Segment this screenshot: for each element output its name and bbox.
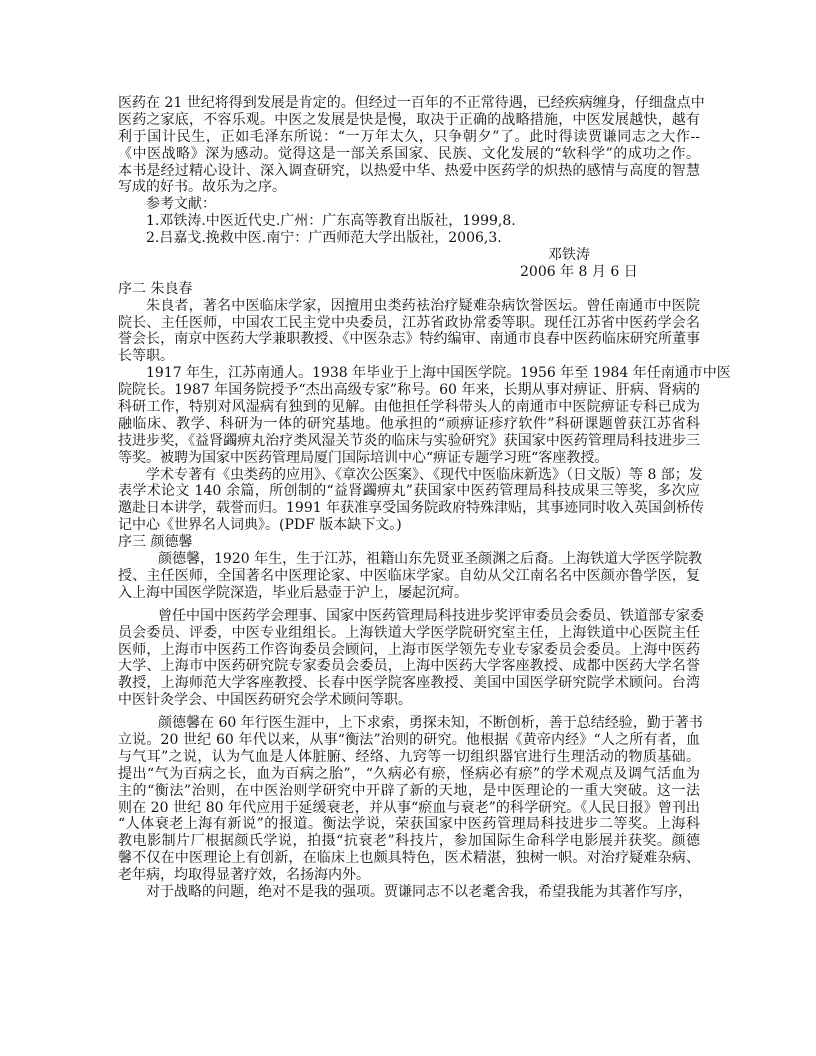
text-line: 誉会长，南京中医药大学兼职教授、《中医杂志》特约编审、南通市良春中医药临床研究所… <box>118 331 700 348</box>
text-line: 主的“衡法”治则，在中医治则学研究中开辟了新的天地，是中医理论的一重大突破。这一… <box>118 783 700 800</box>
document-body: 医药在 21 世纪将得到发展是肯定的。但经过一百年的不正常待遇，已经疾病缠身，仔… <box>118 95 700 901</box>
text-line: 入上海中国医学院深造，毕业后悬壶于沪上，屡起沉疴。 <box>118 585 700 602</box>
references-title: 参考文献： <box>118 196 700 213</box>
reference-item: 2.吕嘉戈.挽救中医.南宁：广西师范大学出版社，2006,3. <box>118 230 700 247</box>
text-line: 院长、主任医师，中国农工民主党中央委员，江苏省政协常委等职。现任江苏省中医药学会… <box>118 315 700 332</box>
section-heading-preface2: 序二 朱良春 <box>118 281 700 298</box>
text-line: 本书是经过精心设计、深入调查研究，以热爱中华、热爱中医药学的炽热的感情与高度的智… <box>118 163 700 180</box>
text-line: 医药之家底，不容乐观。中医之发展是快是慢，取决于正确的战略措施，中医发展越快，越… <box>118 112 700 129</box>
paragraph: 颜德馨，1920 年生，生于江苏，祖籍山东先贤亚圣颜渊之后裔。上海铁道大学医学院… <box>118 551 700 602</box>
text-line: 教授，上海师范大学客座教授、长春中医学院客座教授、美国中国医学研究院学术顾问。台… <box>118 675 700 692</box>
text-line: 教电影制片厂根据颜氏学说，拍摄“抗衰老”科技片，参加国际生命科学电影展并获奖。颜… <box>118 833 700 850</box>
text-line: 1917 年生，江苏南通人。1938 年毕业于上海中国医学院。1956 年至 1… <box>118 365 700 382</box>
text-line: 老年病，均取得显著疗效，名扬海内外。 <box>118 867 700 884</box>
text-line: 融临床、教学、科研为一体的研究基地。他承担的“顽痹证疹疗软件”科研课题曾获江苏省… <box>118 416 700 433</box>
text-line: 医药在 21 世纪将得到发展是肯定的。但经过一百年的不正常待遇，已经疾病缠身，仔… <box>118 95 700 112</box>
text-line: 学术专著有《虫类药的应用》、《章次公医案》、《现代中医临床新选》（日文版）等 8… <box>118 467 700 484</box>
signature-date: 2006 年 8 月 6 日 <box>118 264 700 281</box>
preface1-closing-paragraph: 医药在 21 世纪将得到发展是肯定的。但经过一百年的不正常待遇，已经疾病缠身，仔… <box>118 95 700 196</box>
text-line: 长等职。 <box>118 348 700 365</box>
text-line: 记中心《世界名人词典》。(PDF 版本缺下文。) <box>118 517 700 534</box>
text-line: 颜德馨在 60 年行医生涯中，上下求索，勇探未知，不断创析，善于总结经验，勤于著… <box>118 715 700 732</box>
text-line: 员会委员、评委，中医专业组组长。上海铁道大学医学院研究室主任，上海铁道中心医院主… <box>118 625 700 642</box>
text-line: 曾任中国中医药学会理事、国家中医药管理局科技进步奖评审委员会委员、铁道部专家委 <box>118 608 700 625</box>
section-heading-preface3: 序三 颜德馨 <box>118 534 700 551</box>
text-line: 大学、上海市中医药研究院专家委员会委员，上海中医药大学客座教授、成都中医药大学名… <box>118 658 700 675</box>
text-line: 对于战略的问题，绝对不是我的强项。贾谦同志不以老耄舍我，希望我能为其著作写序， <box>118 884 700 901</box>
text-line: 朱良者，著名中医临床学家，因擅用虫类药袪治疗疑难杂病饮誉医坛。曾任南通市中医院 <box>118 298 700 315</box>
paragraph: 对于战略的问题，绝对不是我的强项。贾谦同志不以老耄舍我，希望我能为其著作写序， <box>118 884 700 901</box>
text-line: 表学术论文 140 余篇，所创制的“益肾蠲痹丸”获国家中医药管理局科技成果三等奖… <box>118 483 700 500</box>
text-line: 提出“气为百病之长，血为百病之胎”，“久病必有瘀，怪病必有瘀”的学术观点及调气活… <box>118 766 700 783</box>
paragraph: 学术专著有《虫类药的应用》、《章次公医案》、《现代中医临床新选》（日文版）等 8… <box>118 467 700 535</box>
text-line: 馨不仅在中医理论上有创新，在临床上也颇具特色，医术精湛，独树一帜。对治疗疑难杂病… <box>118 850 700 867</box>
text-line: 颜德馨，1920 年生，生于江苏，祖籍山东先贤亚圣颜渊之后裔。上海铁道大学医学院… <box>118 551 700 568</box>
text-line: 写成的好书。故乐为之序。 <box>118 179 700 196</box>
text-line: 《中医战略》深为感动。觉得这是一部关系国家、民族、文化发展的“软科学”的成功之作… <box>118 146 700 163</box>
text-line: 授、主任医师，全国著名中医理论家、中医临床学家。自幼从父江南名名中医颜亦鲁学医，… <box>118 568 700 585</box>
text-line: 院院长。1987 年国务院授予“杰出高级专家”称号。60 年来，长期从事对痹证、… <box>118 382 700 399</box>
reference-item: 1.邓铁涛.中医近代史.广州：广东高等教育出版社，1999,8. <box>118 213 700 230</box>
text-line: 技进步奖，《益肾蠲痹丸治疗类风湿关节炎的临床与实验研究》获国家中医药管理局科技进… <box>118 433 700 450</box>
text-line: 科研工作，特别对风湿病有独到的见解。由他担任学科带头人的南通市中医院痹证专科已成… <box>118 399 700 416</box>
text-line: 中医针灸学会、中国医药研究会学术顾问等职。 <box>118 692 700 709</box>
text-line: 医师，上海市中医药工作咨询委员会顾问，上海市医学领先专业专家委员会委员。上海中医… <box>118 642 700 659</box>
paragraph: 1917 年生，江苏南通人。1938 年毕业于上海中国医学院。1956 年至 1… <box>118 365 700 466</box>
signature: 邓铁涛 <box>118 247 700 264</box>
text-line: 立说。20 世纪 60 年代以来，从事“衡法”治则的研究。他根据《黄帝内经》“人… <box>118 732 700 749</box>
text-line: 与气耳”之说，认为气血是人体脏腑、经络、九窍等一切组织器官进行生理活动的物质基础… <box>118 749 700 766</box>
text-line: 利于国计民生，正如毛泽东所说：“一万年太久，只争朝夕”了。此时得读贾谦同志之大作… <box>118 129 700 146</box>
paragraph: 曾任中国中医药学会理事、国家中医药管理局科技进步奖评审委员会委员、铁道部专家委 … <box>118 608 700 709</box>
text-line: “人体衰老上海有新说”的报道。衡法学说，荣获国家中医药管理局科技进步二等奖。上海… <box>118 816 700 833</box>
text-line: 等奖。被聘为国家中医药管理局厦门国际培训中心“痹证专题学习班“客座教授。 <box>118 450 700 467</box>
text-line: 则在 20 世纪 80 年代应用于延缓衰老，并从事“瘀血与衰老”的科学研究。《人… <box>118 800 700 817</box>
paragraph: 颜德馨在 60 年行医生涯中，上下求索，勇探未知，不断创析，善于总结经验，勤于著… <box>118 715 700 884</box>
text-line: 邀赴日本讲学，载誉而归。1991 年获准享受国务院政府特殊津贴，其事迹同时收入英… <box>118 500 700 517</box>
document-page: 医药在 21 世纪将得到发展是肯定的。但经过一百年的不正常待遇，已经疾病缠身，仔… <box>0 0 816 1056</box>
paragraph: 朱良者，著名中医临床学家，因擅用虫类药袪治疗疑难杂病饮誉医坛。曾任南通市中医院 … <box>118 298 700 366</box>
